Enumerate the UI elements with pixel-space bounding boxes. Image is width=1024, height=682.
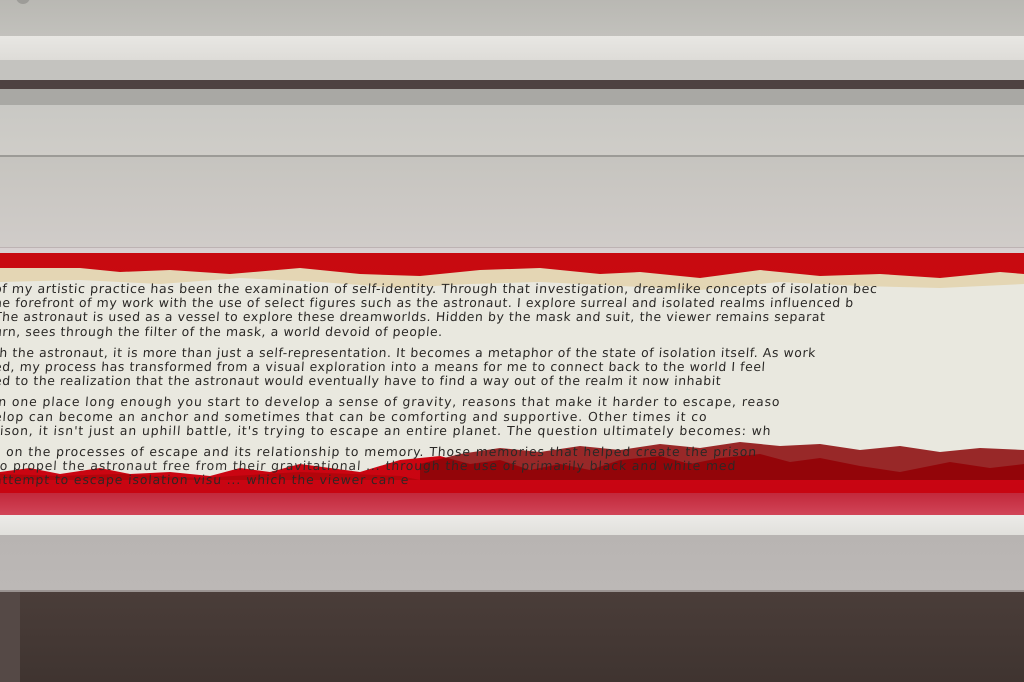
- text-line: urn, sees through the filter of the mask…: [0, 325, 1024, 339]
- red-backing-lip: [0, 493, 1024, 515]
- text-line: he forefront of my work with the use of …: [0, 296, 1024, 310]
- text-line: The astronaut is used as a vessel to exp…: [0, 310, 1024, 324]
- case-top-ledge: [0, 36, 1024, 60]
- text-line: s on the processes of escape and its rel…: [0, 445, 1024, 459]
- shelf-face: [0, 535, 1024, 592]
- text-line: in one place long enough you start to de…: [0, 395, 1024, 409]
- text-line: ed, my process has transformed from a vi…: [0, 360, 1024, 374]
- case-back-panel-lower: [0, 157, 1024, 247]
- wall-screw: [16, 0, 30, 4]
- case-groove: [0, 80, 1024, 89]
- text-line: ed to the realization that the astronaut…: [0, 374, 1024, 388]
- text-line: of my artistic practice has been the exa…: [0, 282, 1024, 296]
- text-line: to propel the astronaut free from their …: [0, 459, 1024, 473]
- text-line: rison, it isn't just an uphill battle, i…: [0, 424, 1024, 438]
- text-line: attempt to escape isolation visu ... whi…: [0, 473, 1024, 487]
- paragraph-3: in one place long enough you start to de…: [0, 395, 1024, 438]
- shelf-top-edge: [0, 515, 1024, 535]
- floor-shadow-area: [0, 592, 1024, 682]
- paragraph-4: s on the processes of escape and its rel…: [0, 445, 1024, 488]
- floor-corner: [0, 592, 20, 682]
- text-line: elop can become an anchor and sometimes …: [0, 410, 1024, 424]
- paragraph-1: of my artistic practice has been the exa…: [0, 282, 1024, 339]
- case-back-panel-upper: [0, 105, 1024, 157]
- text-line: th the astronaut, it is more than just a…: [0, 346, 1024, 360]
- handwritten-scroll: of my artistic practice has been the exa…: [0, 268, 1024, 480]
- scroll-text: of my artistic practice has been the exa…: [0, 282, 1024, 495]
- case-inner-lip: [0, 89, 1024, 105]
- case-ledge-face: [0, 60, 1024, 80]
- paragraph-2: th the astronaut, it is more than just a…: [0, 346, 1024, 389]
- gallery-wall: [0, 0, 1024, 36]
